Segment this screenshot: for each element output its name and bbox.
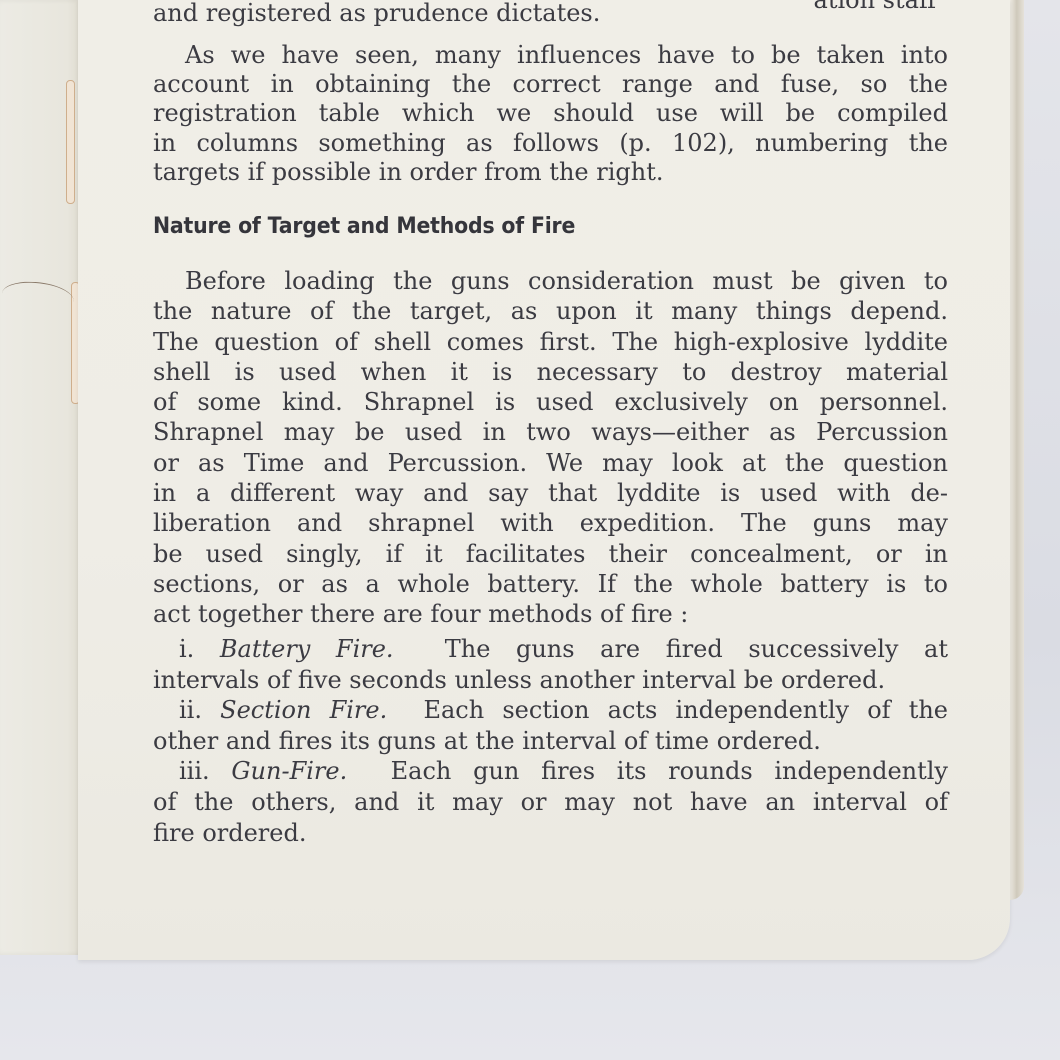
text-line: i. Battery Fire. The guns are fired succ…	[153, 634, 948, 665]
text-line: of the others, and it may or may not hav…	[153, 787, 948, 818]
text-line: As we have seen, many influences have to…	[153, 41, 948, 70]
text-line: be used singly, if it facilitates their …	[153, 539, 948, 569]
text-line: iii. Gun-Fire. Each gun fires its rounds…	[153, 756, 948, 787]
item-numeral: ii.	[179, 696, 202, 724]
text-line: or as Time and Percussion. We may look a…	[153, 448, 948, 478]
item-numeral: i.	[179, 635, 194, 663]
text-line: fire ordered.	[153, 818, 948, 849]
binding-stitch	[66, 80, 75, 204]
item-text: The guns are fired successively at	[445, 635, 948, 663]
text-line: targets if possible in order from the ri…	[153, 158, 948, 187]
loose-thread	[1, 281, 74, 314]
item-numeral: iii.	[179, 757, 210, 785]
item-title: Gun-Fire.	[231, 757, 347, 785]
text-line: Before loading the guns consideration mu…	[153, 266, 948, 296]
left-page	[0, 0, 84, 955]
text-line: of some kind. Shrapnel is used exclusive…	[153, 387, 948, 417]
item-title: Battery Fire.	[220, 635, 394, 663]
method-item-section-fire: ii. Section Fire. Each section acts inde…	[153, 695, 948, 756]
method-item-gun-fire: iii. Gun-Fire. Each gun fires its rounds…	[153, 756, 948, 848]
methods-list: i. Battery Fire. The guns are fired succ…	[153, 634, 948, 848]
text-line: sections, or as a whole battery. If the …	[153, 569, 948, 599]
text-line: registration table which we should use w…	[153, 99, 948, 128]
text-line: and registered as prudence dictates.	[153, 0, 948, 29]
text-line: The question of shell comes first. The h…	[153, 327, 948, 357]
text-line: ii. Section Fire. Each section acts inde…	[153, 695, 948, 726]
text-line: account in obtaining the correct range a…	[153, 70, 948, 99]
text-line: act together there are four methods of f…	[153, 599, 948, 629]
paragraph-0-tail: and registered as prudence dictates.	[153, 0, 948, 29]
text-line: other and fires its guns at the interval…	[153, 726, 948, 757]
method-item-battery-fire: i. Battery Fire. The guns are fired succ…	[153, 634, 948, 695]
text-line: Shrapnel may be used in two ways—either …	[153, 417, 948, 447]
text-line: the nature of the target, as upon it man…	[153, 296, 948, 326]
text-line: intervals of five seconds unless another…	[153, 665, 948, 696]
text-line: liberation and shrapnel with expedition.…	[153, 508, 948, 538]
item-text: Each gun fires its rounds independently	[391, 757, 948, 785]
text-line: shell is used when it is necessary to de…	[153, 357, 948, 387]
paragraph-2: Before loading the guns consideration mu…	[153, 266, 948, 630]
paragraph-1: As we have seen, many influences have to…	[153, 41, 948, 187]
text-line: in columns something as follows (p. 102)…	[153, 129, 948, 158]
text-line: in a different way and say that lyddite …	[153, 478, 948, 508]
section-heading: Nature of Target and Methods of Fire	[153, 214, 575, 239]
item-title: Section Fire.	[220, 696, 387, 724]
item-text: Each section acts independently of the	[423, 696, 948, 724]
